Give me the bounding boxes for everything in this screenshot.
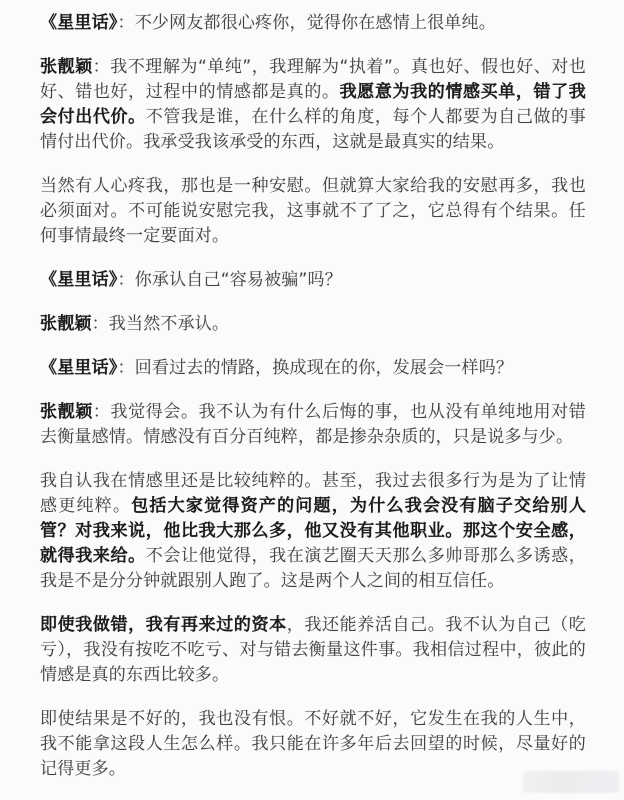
interview-article: 《星里话》：不少网友都很心疼你，觉得你在感情上很单纯。 张靓颖：我不理解为“单纯… — [0, 0, 624, 800]
paragraph-text: 当然有人心疼我，那也是一种安慰。但就算大家给我的安慰再多，我也必须面对。不可能说… — [40, 176, 586, 246]
speaker-name: 《星里话》 — [40, 270, 118, 290]
paragraph: 张靓颖：我不理解为“单纯”，我理解为“执着”。真也好、假也好、对也好、错也好，过… — [40, 55, 586, 155]
paragraph: 张靓颖：我觉得会。我不认为有什么后悔的事，也从没有单纯地用对错去衡量感情。情感没… — [40, 400, 586, 450]
paragraph: 张靓颖：我当然不承认。 — [40, 312, 586, 337]
paragraph: 当然有人心疼我，那也是一种安慰。但就算大家给我的安慰再多，我也必须面对。不可能说… — [40, 174, 586, 249]
speaker-name: 张靓颖 — [40, 314, 92, 334]
watermark-remnant-patch — [523, 771, 619, 793]
paragraph-text: ：不少网友都很心疼你，觉得你在感情上很单纯。 — [118, 13, 496, 33]
speaker-name: 《星里话》 — [40, 13, 118, 33]
paragraph-text: ：你承认自己“容易被骗”吗？ — [118, 270, 342, 290]
speaker-name: 《星里话》 — [40, 358, 118, 378]
paragraph: 我自认我在情感里还是比较纯粹的。甚至，我过去很多行为是为了让情感更纯粹。包括大家… — [40, 469, 586, 594]
speaker-name: 张靓颖 — [40, 57, 93, 77]
paragraph-text: ：我当然不承认。 — [92, 314, 230, 334]
paragraph: 《星里话》：回看过去的情路，换成现在的你，发展会一样吗？ — [40, 356, 586, 381]
paragraph: 即使结果是不好的，我也没有恨。不好就不好，它发生在我的人生中，我不能拿这段人生怎… — [40, 707, 586, 782]
paragraph: 即使我做错，我有再来过的资本，我还能养活自己。我不认为自己（吃亏），我没有按吃不… — [40, 613, 586, 688]
emphasis-text: 即使我做错，我有再来过的资本 — [40, 615, 287, 635]
paragraph-text: ：回看过去的情路，换成现在的你，发展会一样吗？ — [118, 358, 514, 378]
paragraph: 《星里话》：不少网友都很心疼你，觉得你在感情上很单纯。 — [40, 11, 586, 36]
paragraph: 《星里话》：你承认自己“容易被骗”吗？ — [40, 268, 586, 293]
paragraph-text: 即使结果是不好的，我也没有恨。不好就不好，它发生在我的人生中，我不能拿这段人生怎… — [40, 709, 586, 779]
paragraph-text: ：我觉得会。我不认为有什么后悔的事，也从没有单纯地用对错去衡量感情。情感没有百分… — [40, 402, 586, 447]
speaker-name: 张靓颖 — [40, 402, 93, 422]
